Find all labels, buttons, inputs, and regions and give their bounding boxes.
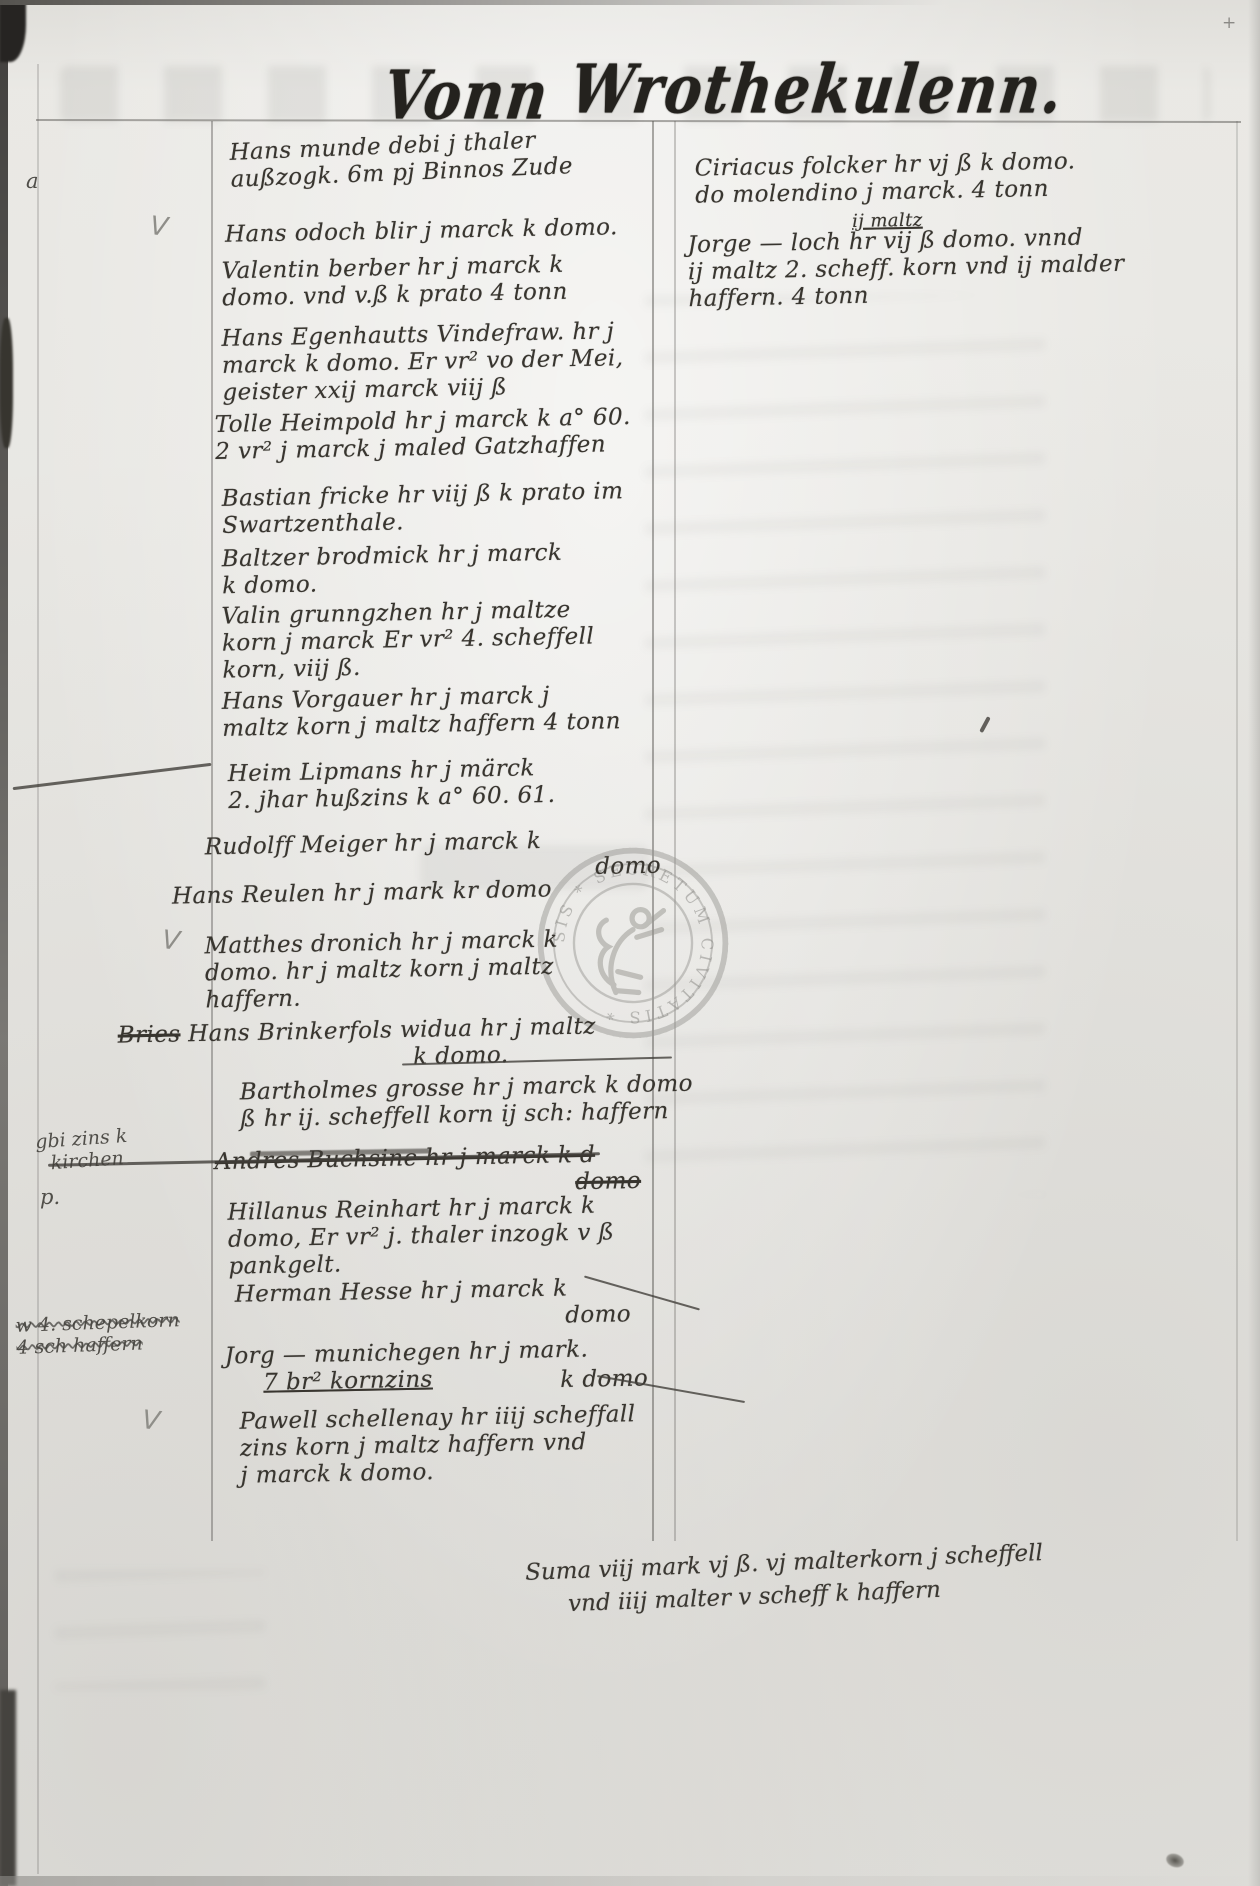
ledger-entry: Valin grunngzhen hr j maltze korn j marc… [221,596,595,684]
binding-edge [0,0,8,1886]
lead-in-stroke [13,763,212,790]
page-title-word-1: Vonn [380,62,553,129]
ledger-entry: Bartholmes grosse hr j marck k domo ß hr… [240,1071,694,1134]
entry-line: korn, viij ß. [222,650,595,684]
ledger-entry: Heim Lipmans hr j märck 2. jhar hußzins … [228,755,556,815]
entry-line: k domo [560,1365,648,1394]
ledger-entry: Tolle Heimpold hr j marck k a° 60. 2 vr²… [215,404,632,466]
margin-note-grain: w 4. schepelkorn 4 sch haffern [15,1309,181,1359]
check-mark-icon: V [161,927,181,955]
entry-line: Rudolff Meiger hr j marck k [205,826,661,862]
ledger-entry: Hans munde debi j thaler außzogk. 6m pj … [229,126,573,194]
ghost-bleedthrough-column [645,295,1045,1195]
page-title-word-2: Wrothekulenn. [567,56,1068,123]
entry-line: domo [565,1301,631,1329]
column-rule-left [211,121,213,1541]
column-rule-center-2 [674,121,676,1541]
margin-note-church-rent: gbi zins k kirchen [35,1125,130,1175]
margin-note-line: 4 sch haffern [16,1331,181,1359]
interlinear-insert: ij maltz [852,211,923,232]
manuscript-page: Vonn Wrothekulenn. SIS * SECRETUM CIVITA… [0,0,1260,1886]
margin-note-line: kirchen [50,1147,129,1174]
edge-right [1248,0,1260,1886]
ink-comma-mark [979,716,990,733]
ledger-entry: Hans odoch blir j marck k domo. [225,214,618,249]
ledger-entry: ij maltz Jorge — loch hr vij ß domo. vnn… [687,224,1125,313]
ledger-entry: Bries Hans Brinkerfols widua hr j maltz … [118,1013,597,1076]
fold-line [37,64,39,1874]
entry-line: 7 br² kornzins [263,1367,433,1397]
ledger-entry: Jorg — munichegen hr j mark. 7 br² kornz… [225,1337,589,1398]
ledger-entry: Herman Hesse hr j marck k domo [235,1274,632,1336]
entry-line: k domo. [413,1040,597,1071]
entry-line: haffern. [205,981,559,1015]
entry-line: k domo. [222,567,563,601]
edge-blob-bottom-left [0,1690,16,1886]
ledger-entry: Pawell schellenay hr iiij scheffall zins… [239,1401,636,1490]
ledger-entry: Bastian fricke hr viij ß k prato im Swar… [222,478,625,540]
margin-letter-p: p. [40,1186,60,1208]
ledger-entry: Hillanus Reinhart hr j marck k domo, Er … [227,1192,615,1280]
check-mark-icon: V [149,213,169,241]
edge-top [0,0,1260,5]
edge-bottom [0,1876,1260,1886]
entry-line: Hans odoch blir j marck k domo. [225,214,618,249]
check-mark-icon: V [141,1407,161,1435]
ledger-entry: Valentin berber hr j marck k domo. vnd v… [222,252,568,313]
edge-blob-top-left [0,0,26,62]
struck-word: Bries [118,1021,181,1048]
ink-spot [1164,1851,1185,1869]
entry-line: domo [595,853,661,881]
ledger-entry: Matthes dronich hr j marck k domo. hr j … [204,927,559,1015]
margin-letter-a: a [26,170,39,192]
plus-mark: + [1222,12,1236,34]
entry-line: Jorg — munichegen hr j mark. [225,1337,589,1371]
lion-rampant-icon [599,910,664,993]
edge-blob-left [0,318,13,448]
entry-line: domo. vnd v.ß k prato 4 tonn [222,279,568,313]
ledger-entry: Hans Vorgauer hr j marck j maltz korn j … [222,681,622,743]
ledger-entry: Hans Egenhautts Vindefraw. hr j marck k … [221,318,624,407]
ledger-entry: Ciriacus folcker hr vj ß k domo. do mole… [695,148,1077,209]
ledger-entry: Baltzer brodmick hr j marck k domo. [222,540,564,601]
entry-line: 2. jhar hußzins k a° 60. 61. [228,782,556,815]
column-rule-right [1236,121,1238,1541]
ghost-bleedthrough-bottom-left [55,1570,265,1690]
